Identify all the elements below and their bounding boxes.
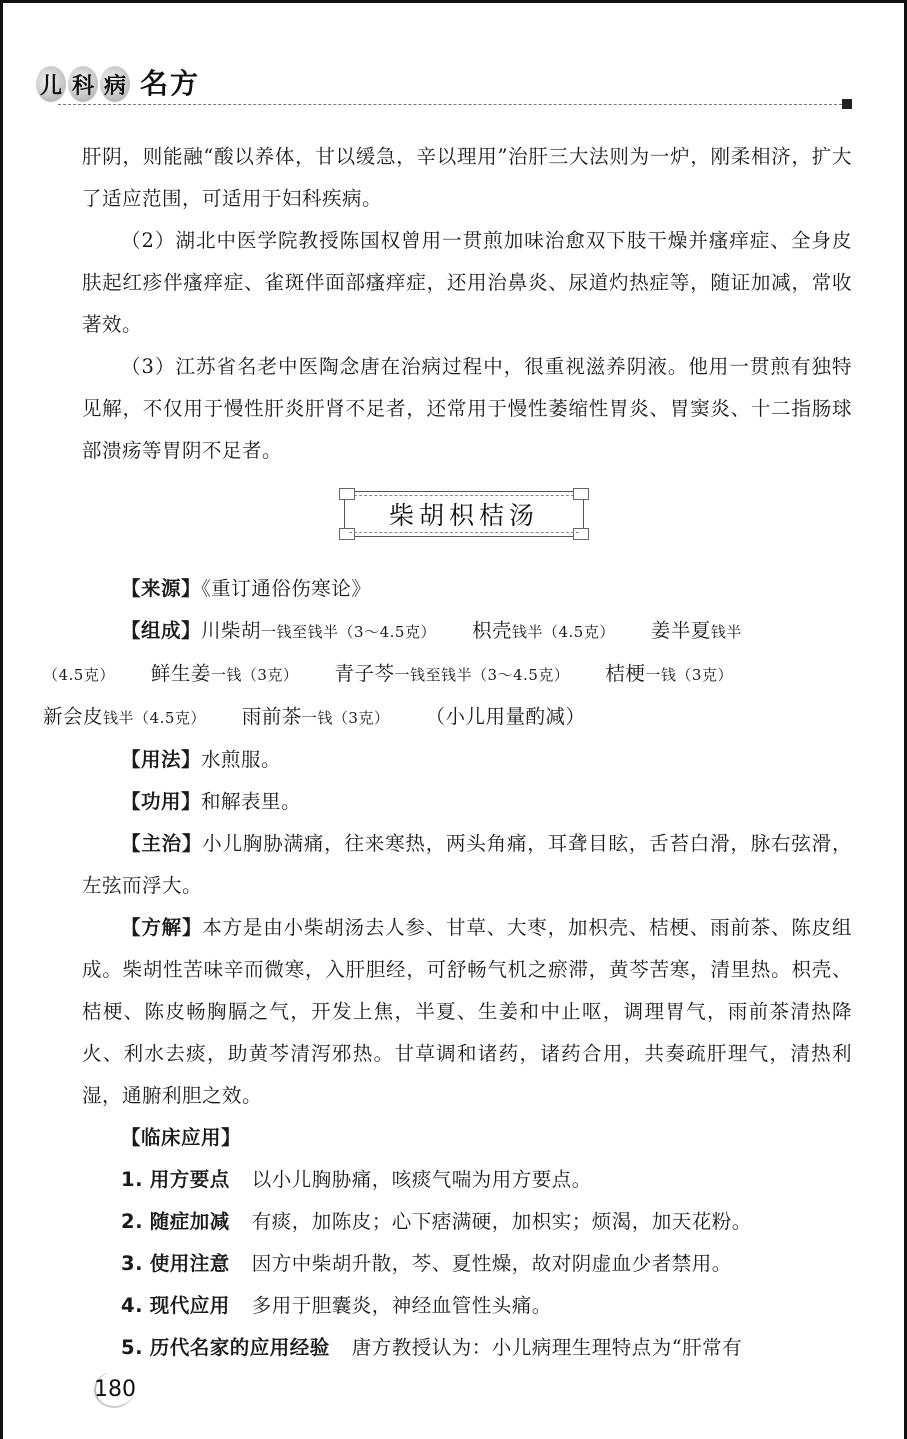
ingredient-name: 姜半夏 [651,619,711,642]
explanation-section: 【方解】本方是由小柴胡汤去人参、甘草、大枣，加枳壳、桔梗、雨前茶、陈皮组成。柴胡… [82,907,852,1117]
section-label: 【组成】 [121,619,201,642]
source-text: 《重订通俗伤寒论》 [201,577,371,600]
ingredient-grams: （3～4.5克） [339,623,436,641]
item-text: 以小儿胸胁痛，咳痰气喘为用方要点。 [252,1168,592,1191]
composition-section: 【组成】川柴胡一钱至钱半（3～4.5克）枳壳钱半（4.5克）姜半夏钱半（4.5克… [82,610,852,739]
clinical-item: 1. 用方要点以小儿胸胁痛，咳痰气喘为用方要点。 [82,1159,852,1201]
frame-corner-ornament [339,528,355,540]
logo-circle-char: 病 [100,66,130,102]
usage-text: 水煎服。 [201,748,281,771]
logo-text: 名方 [140,66,200,102]
frame-corner-ornament [573,528,589,540]
paragraph: （2）湖北中医学院教授陈国权曾用一贯煎加味治愈双下肢干燥并瘙痒症、全身皮肤起红疹… [82,220,852,346]
ingredient-name: 新会皮 [43,705,103,728]
item-number: 3. [121,1252,143,1275]
ingredient-name: 雨前茶 [242,705,302,728]
running-header: 儿 科 病 名方 [36,66,856,110]
source-section: 【来源】《重订通俗伤寒论》 [82,568,852,610]
ingredient-grams: （3～4.5克） [472,666,569,684]
page-number: 180 [94,1372,134,1408]
function-section: 【功用】和解表里。 [82,781,852,823]
ingredient-dose: 一钱 [211,666,242,684]
item-number: 4. [121,1294,143,1317]
page-border-left [0,0,3,1439]
logo-circle-char: 科 [68,66,98,102]
ingredient-grams: （3克） [676,666,733,684]
book-logo: 儿 科 病 名方 [36,66,200,102]
ingredient-grams: （4.5克） [543,623,615,641]
section-label: 【临床应用】 [121,1126,241,1149]
formula-title-frame: 柴胡枳桔汤 [344,491,584,537]
item-number: 5. [121,1336,143,1359]
clinical-item: 4. 现代应用多用于胆囊炎，神经血管性头痛。 [82,1285,852,1327]
item-title: 用方要点 [150,1168,230,1191]
clinical-item: 3. 使用注意因方中柴胡升散，芩、夏性燥，故对阴虚血少者禁用。 [82,1243,852,1285]
section-label: 【功用】 [121,790,201,813]
ingredient-name: 枳壳 [472,619,512,642]
ingredient-grams: （3克） [333,709,390,727]
ingredient-dose: 钱半 [711,623,742,641]
ingredient-grams: （4.5克） [43,666,115,684]
logo-circle-char: 儿 [36,66,66,102]
ingredient-name: 鲜生姜 [151,662,211,685]
item-title: 使用注意 [150,1252,230,1275]
paragraph: 肝阴，则能融“酸以养体，甘以缓急，辛以理用”治肝三大法则为一炉，刚柔相济，扩大了… [82,136,852,220]
indication-section: 【主治】小儿胸胁满痛，往来寒热，两头角痛，耳聋目眩，舌苔白滑，脉右弦滑，左弦而浮… [82,823,852,907]
item-title: 历代名家的应用经验 [150,1336,330,1359]
clinical-section-heading: 【临床应用】 [82,1117,852,1159]
header-rule [58,104,842,105]
ingredient-dose: 一钱至钱半 [394,666,472,684]
header-square-ornament [842,99,852,109]
item-title: 随症加减 [150,1210,230,1233]
ingredient-dose: 钱半 [103,709,134,727]
ingredient-dose: 钱半 [512,623,543,641]
item-text: 有痰，加陈皮；心下痞满硬，加枳实；烦渴，加天花粉。 [252,1210,752,1233]
item-text: 多用于胆囊炎，神经血管性头痛。 [252,1294,552,1317]
item-text: 唐方教授认为：小儿病理生理特点为“肝常有 [352,1336,742,1359]
intro-text: 肝阴，则能融“酸以养体，甘以缓急，辛以理用”治肝三大法则为一炉，刚柔相济，扩大了… [82,136,852,472]
dosage-note: （小儿用量酌减） [425,705,585,728]
item-text: 因方中柴胡升散，芩、夏性燥，故对阴虚血少者禁用。 [252,1252,732,1275]
section-label: 【主治】 [121,832,202,855]
item-number: 2. [121,1210,143,1233]
frame-corner-ornament [573,488,589,500]
ingredient-dose: 一钱至钱半 [261,623,339,641]
ingredient-dose: 一钱 [645,666,676,684]
item-number: 1. [121,1168,143,1191]
ingredient-dose: 一钱 [302,709,333,727]
paragraph: （3）江苏省名老中医陶念唐在治病过程中，很重视滋养阴液。他用一贯煎有独特见解，不… [82,346,852,472]
ingredient-name: 青子芩 [334,662,394,685]
function-text: 和解表里。 [201,790,301,813]
ingredient-grams: （3克） [242,666,299,684]
ingredient-grams: （4.5克） [134,709,206,727]
section-label: 【方解】 [121,916,202,939]
clinical-item: 5. 历代名家的应用经验唐方教授认为：小儿病理生理特点为“肝常有 [82,1327,852,1369]
formula-title: 柴胡枳桔汤 [389,496,539,532]
ingredient-name: 桔梗 [605,662,645,685]
section-label: 【来源】 [121,577,201,600]
ingredient-name: 川柴胡 [201,619,261,642]
section-label: 【用法】 [121,748,201,771]
frame-corner-ornament [339,488,355,500]
formula-body: 【来源】《重订通俗伤寒论》 【组成】川柴胡一钱至钱半（3～4.5克）枳壳钱半（4… [82,568,852,1369]
explanation-text: 本方是由小柴胡汤去人参、甘草、大枣，加枳壳、桔梗、雨前茶、陈皮组成。柴胡性苦味辛… [82,916,852,1107]
item-title: 现代应用 [150,1294,230,1317]
usage-section: 【用法】水煎服。 [82,739,852,781]
page-border-top [0,0,907,3]
clinical-item: 2. 随症加减有痰，加陈皮；心下痞满硬，加枳实；烦渴，加天花粉。 [82,1201,852,1243]
